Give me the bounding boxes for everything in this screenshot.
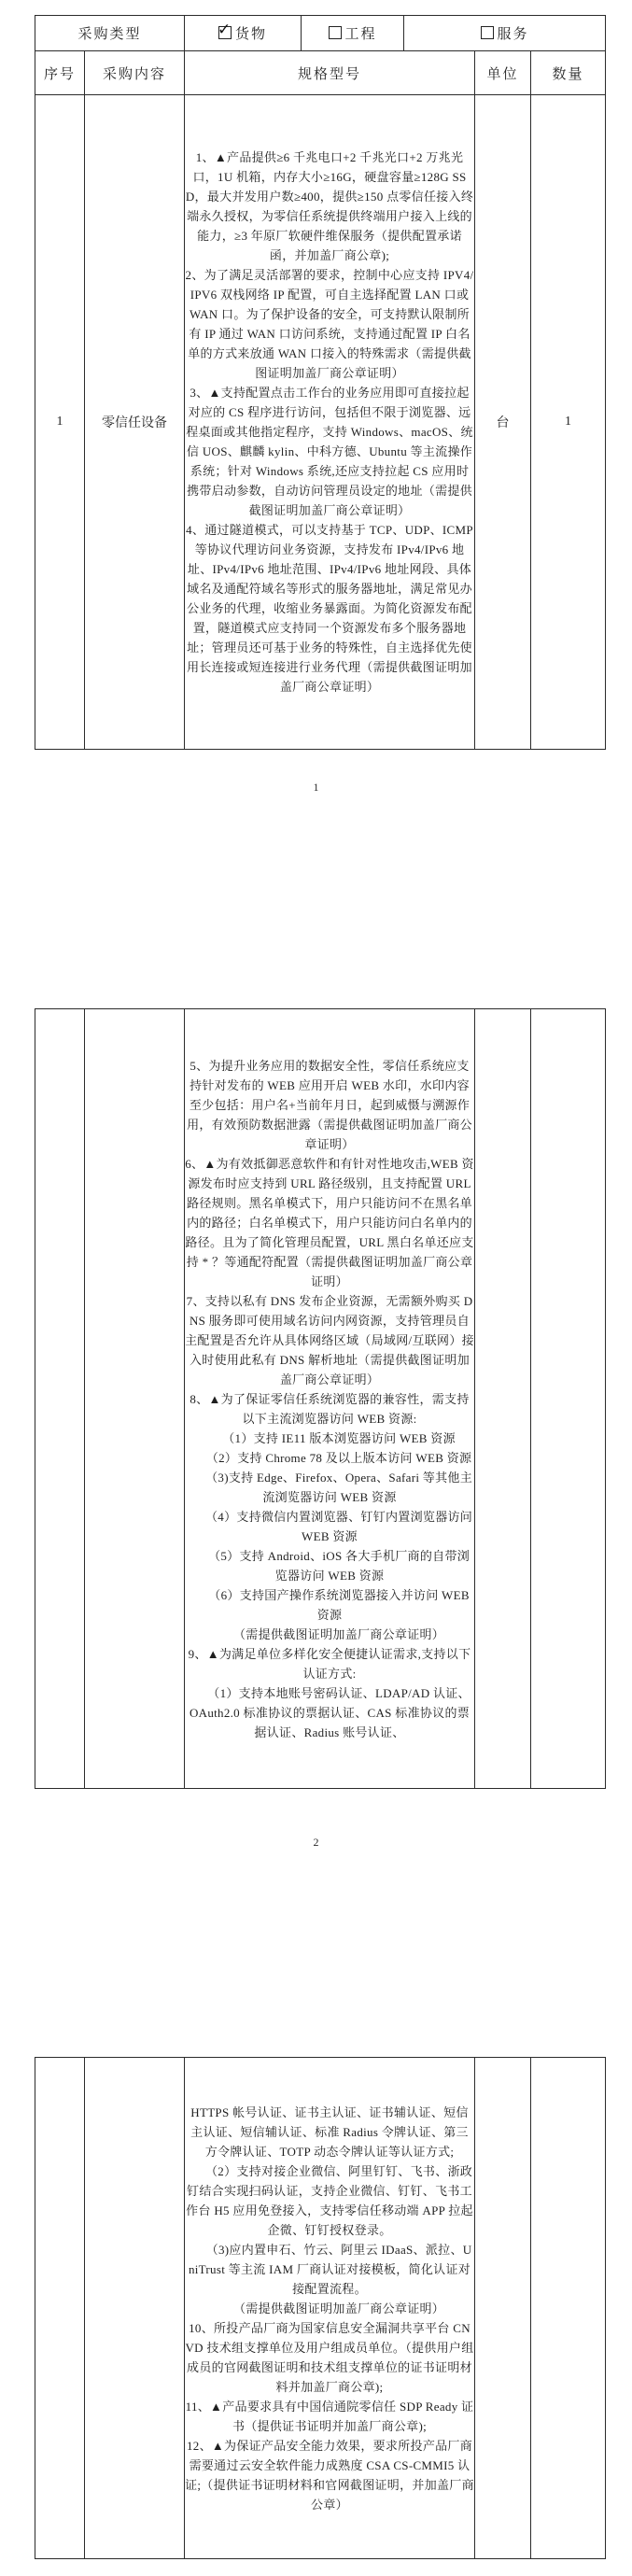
item-qty: 1 [531,95,606,750]
document-page: 采购类型 货物 工程 服务 序号 采购内容 规格型号 单位 数量 1 零信任设备… [0,0,632,2576]
page-number-2: 2 [0,1836,632,1850]
procurement-table-page3: HTTPS 帐号认证、证书主认证、证书辅认证、短信主认证、短信辅认证、标准 Ra… [35,2057,606,2559]
item-row: 1 零信任设备 1、▲产品提供≥6 千兆电口+2 千兆光口+2 万兆光口，1U … [35,95,606,750]
procurement-table-page2: 5、为提升业务应用的数据安全性，零信任系统应支持针对发布的 WEB 应用开启 W… [35,1008,606,1789]
empty-content-cell-page3 [85,2058,185,2559]
item-unit: 台 [475,95,531,750]
empty-index-cell-page2 [35,1009,85,1789]
procurement-type-row: 采购类型 货物 工程 服务 [35,16,606,51]
empty-qty-cell-page2 [531,1009,606,1789]
option-goods-label: 货物 [235,27,267,42]
option-service-cell: 服务 [404,16,606,51]
continuation-row-page3: HTTPS 帐号认证、证书主认证、证书辅认证、短信主认证、短信辅认证、标准 Ra… [35,2058,606,2559]
column-header-content: 采购内容 [85,51,185,95]
empty-index-cell-page3 [35,2058,85,2559]
column-header-spec: 规格型号 [185,51,475,95]
option-engineering-cell: 工程 [302,16,404,51]
empty-qty-cell-page3 [531,2058,606,2559]
checkbox-service-icon[interactable] [481,26,494,39]
column-header-qty: 数量 [531,51,606,95]
column-header-row: 序号 采购内容 规格型号 单位 数量 [35,51,606,95]
continuation-row-page2: 5、为提升业务应用的数据安全性，零信任系统应支持针对发布的 WEB 应用开启 W… [35,1009,606,1789]
option-engineering-label: 工程 [345,27,377,42]
item-content: 零信任设备 [85,95,185,750]
page-number-1: 1 [0,781,632,795]
column-header-index: 序号 [35,51,85,95]
column-header-unit: 单位 [475,51,531,95]
checkbox-goods-icon[interactable] [218,26,232,39]
procurement-table-page1: 采购类型 货物 工程 服务 序号 采购内容 规格型号 单位 数量 1 零信任设备… [35,15,606,750]
empty-unit-cell-page3 [475,2058,531,2559]
item-index: 1 [35,95,85,750]
spec-text-page2: 5、为提升业务应用的数据安全性，零信任系统应支持针对发布的 WEB 应用开启 W… [185,1009,475,1789]
empty-unit-cell-page2 [475,1009,531,1789]
spec-text-page3: HTTPS 帐号认证、证书主认证、证书辅认证、短信主认证、短信辅认证、标准 Ra… [185,2058,475,2559]
empty-content-cell-page2 [85,1009,185,1789]
procurement-type-label: 采购类型 [35,16,185,51]
spec-text-page1: 1、▲产品提供≥6 千兆电口+2 千兆光口+2 万兆光口，1U 机箱，内存大小≥… [185,95,475,750]
checkbox-engineering-icon[interactable] [329,26,342,39]
option-service-label: 服务 [498,27,529,42]
option-goods-cell: 货物 [185,16,302,51]
